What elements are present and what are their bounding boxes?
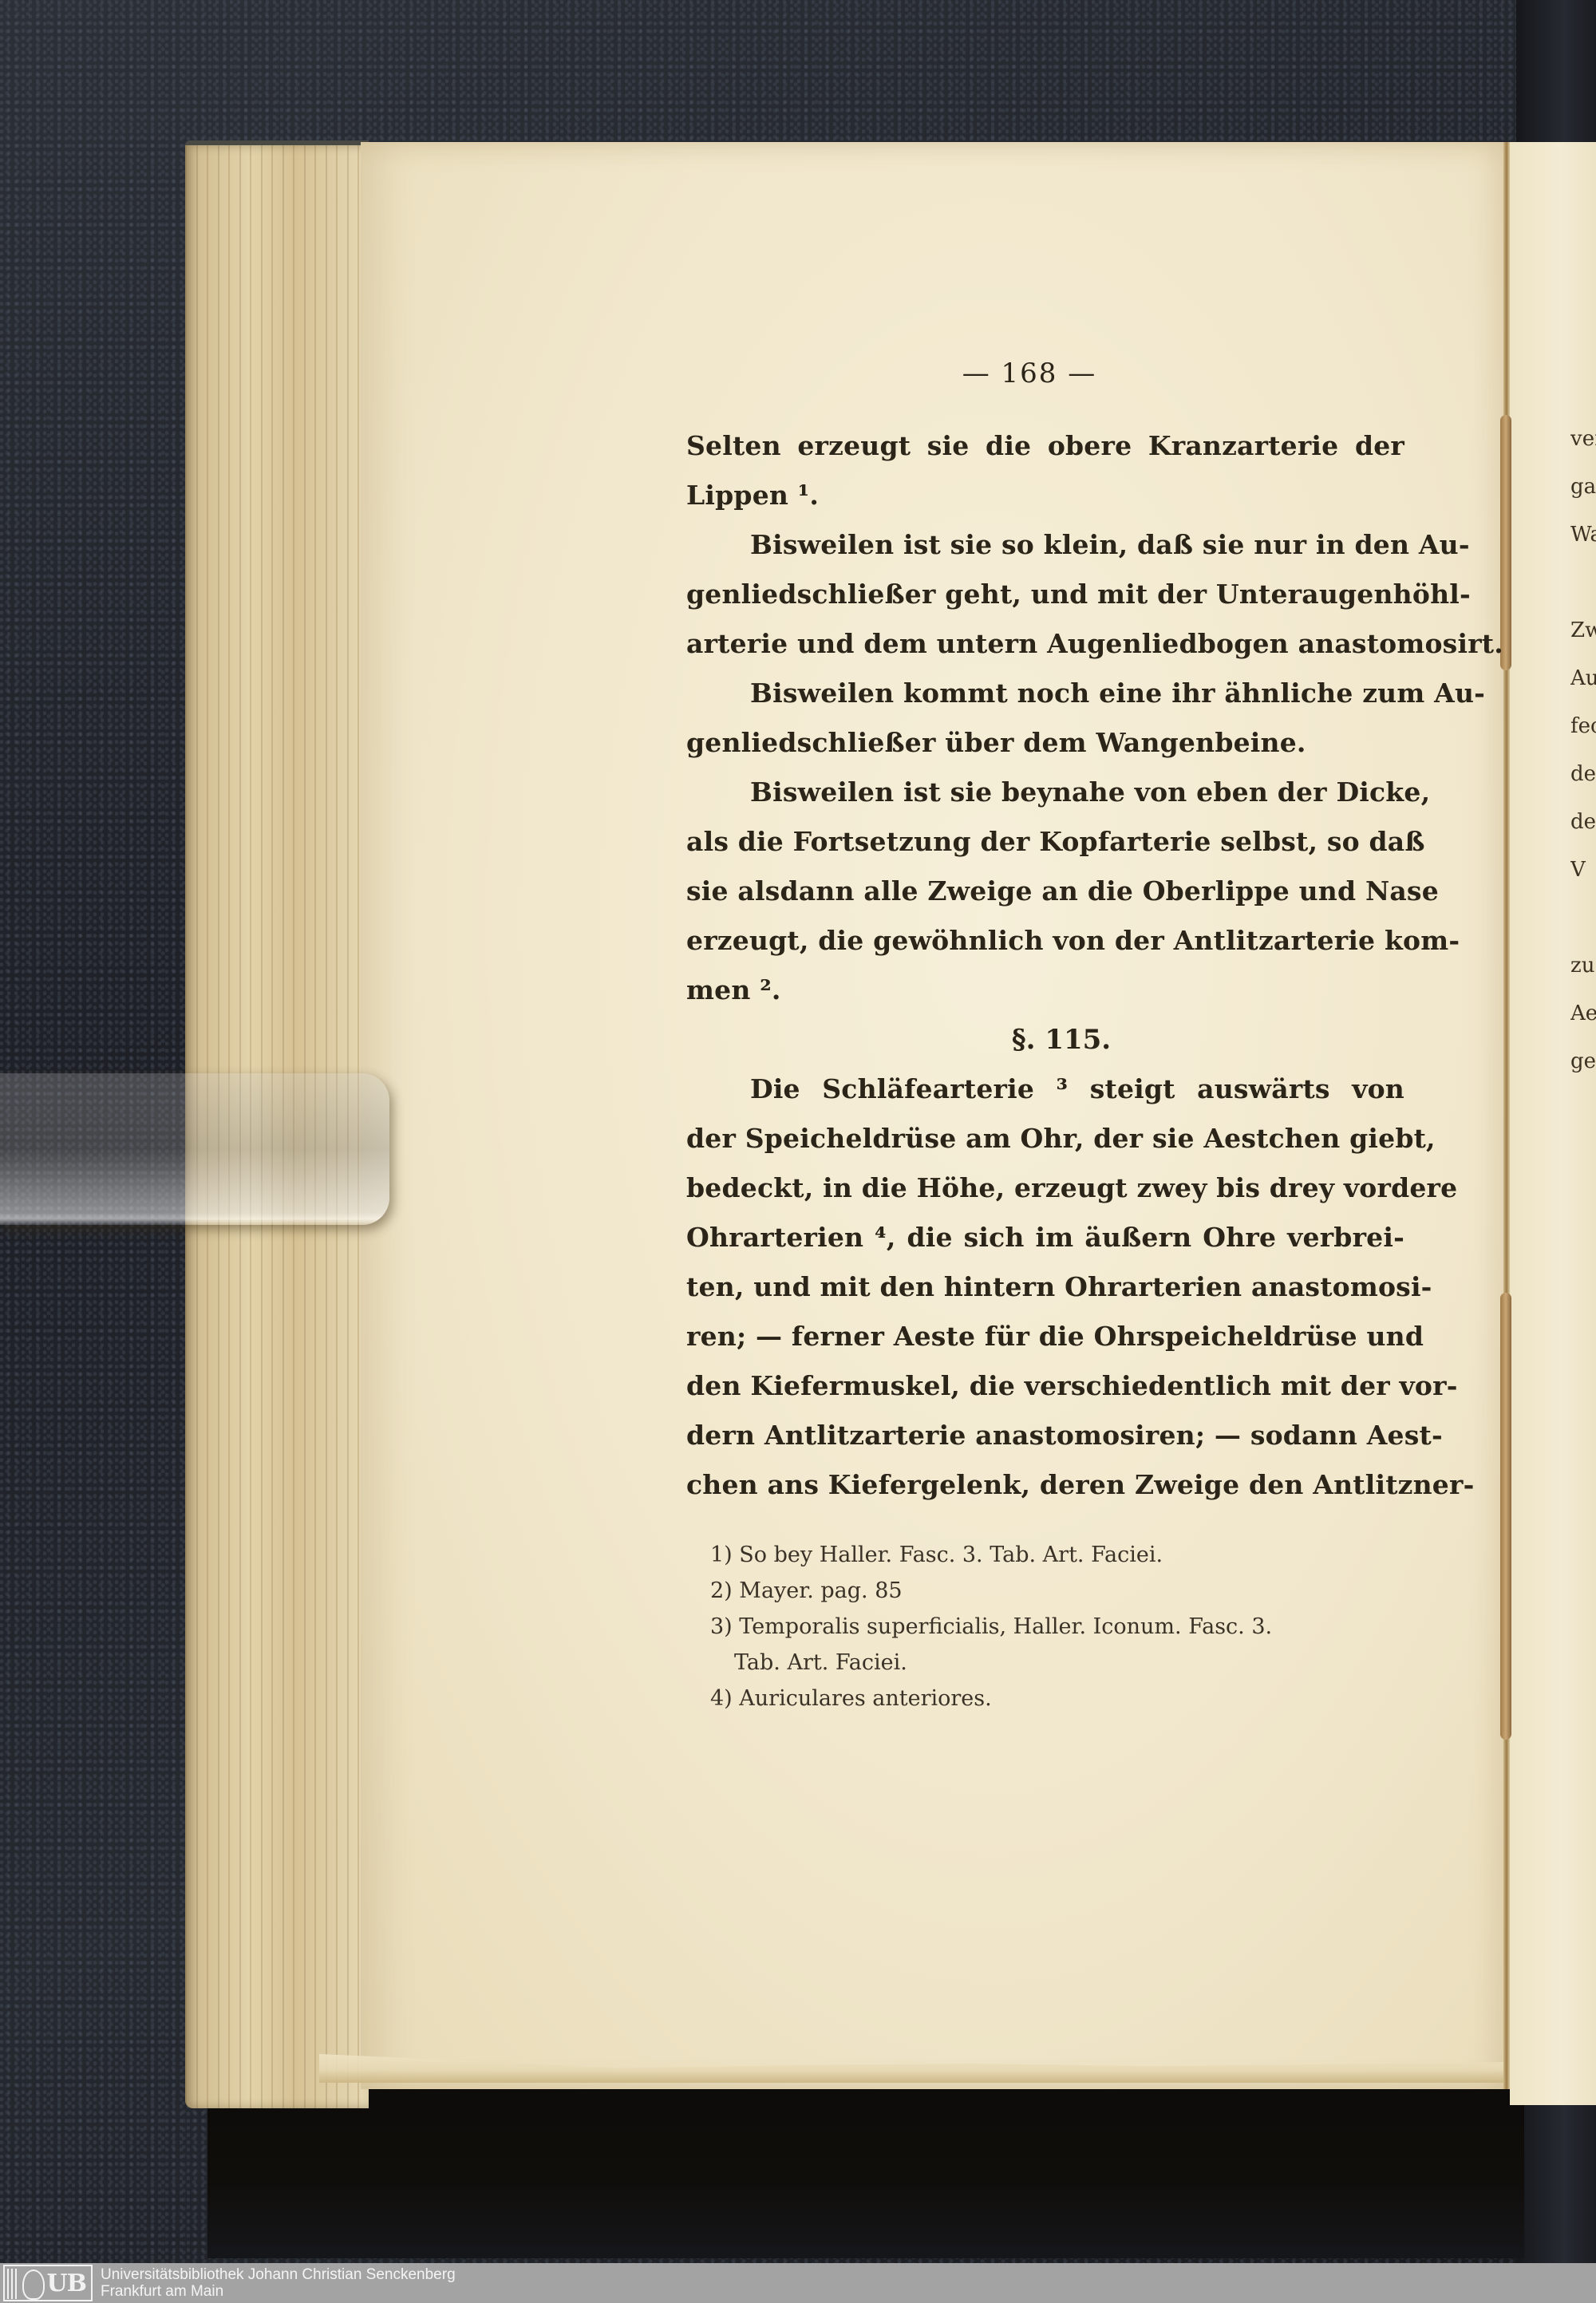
pillars-icon xyxy=(7,2269,18,2299)
facing-page-fragment: Ae xyxy=(1570,990,1596,1037)
facing-page-fragment: Wa xyxy=(1570,511,1596,559)
institution-line-1: Universitätsbibliothek Johann Christian … xyxy=(101,2266,456,2283)
text-line: bedeckt, in die Höhe, erzeugt zwey bis d… xyxy=(686,1163,1404,1213)
page-text-block: — 168 — Selten erzeugt sie die obere Kra… xyxy=(686,350,1404,1716)
page-number: — 168 — xyxy=(654,350,1404,421)
text-line: dern Antlitzarterie anastomosiren; — sod… xyxy=(686,1411,1404,1460)
binding-thread xyxy=(1500,1293,1511,1740)
text-line: Selten erzeugt sie die obere Kranzarteri… xyxy=(686,421,1404,471)
facing-page-fragment xyxy=(1570,559,1596,606)
text-line: Bisweilen kommt noch eine ihr ähnliche z… xyxy=(686,669,1404,718)
facing-page-fragment: ven xyxy=(1570,415,1596,463)
footnote-continuation: Tab. Art. Faciei. xyxy=(710,1645,1404,1681)
footnotes: 1) So bey Haller. Fasc. 3. Tab. Art. Fac… xyxy=(686,1537,1404,1716)
text-line: der Speicheldrüse am Ohr, der sie Aestch… xyxy=(686,1114,1404,1163)
text-line: men ². xyxy=(686,966,1404,1015)
facing-page-fragment: fec xyxy=(1570,702,1596,750)
footnote: 2) Mayer. pag. 85 xyxy=(710,1573,1404,1609)
ub-library-logo[interactable]: UB xyxy=(3,2265,93,2301)
facing-page-fragment: de xyxy=(1570,798,1596,846)
text-line: sie alsdann alle Zweige an die Oberlippe… xyxy=(686,867,1404,916)
text-line: den Kiefermuskel, die verschiedentlich m… xyxy=(686,1361,1404,1411)
page-holder-clip xyxy=(0,1073,389,1225)
section-heading: §. 115. xyxy=(718,1015,1404,1065)
institution-line-2: Frankfurt am Main xyxy=(101,2283,456,2300)
footnote: 3) Temporalis superficialis, Haller. Ico… xyxy=(710,1609,1404,1645)
text-line: arterie und dem untern Augenliedbogen an… xyxy=(686,619,1404,669)
facing-page-fragment: ge xyxy=(1570,1037,1596,1085)
facing-page-fragment: de xyxy=(1570,750,1596,798)
paragraph: Selten erzeugt sie die obere Kranzarteri… xyxy=(686,421,1404,520)
text-line: Bisweilen ist sie so klein, daß sie nur … xyxy=(686,520,1404,570)
facing-page-fragment: gan xyxy=(1570,463,1596,511)
logo-letters: UB xyxy=(46,2269,86,2297)
page-bottom-shadow xyxy=(207,2067,1524,2258)
text-line: ren; — ferner Aeste für die Ohrspeicheld… xyxy=(686,1312,1404,1361)
text-line: Die Schläfearterie ³ steigt auswärts von xyxy=(686,1065,1404,1114)
facing-page-fragment xyxy=(1570,894,1596,942)
text-line: als die Fortsetzung der Kopfarterie selb… xyxy=(686,817,1404,867)
facing-page-fragment: V xyxy=(1570,846,1596,894)
text-line: genliedschließer geht, und mit der Unter… xyxy=(686,570,1404,619)
facing-page-text: venganWaZwAufecdedeVzuAege xyxy=(1570,415,1596,1085)
institution-name: Universitätsbibliothek Johann Christian … xyxy=(101,2266,456,2300)
section-paragraph: Die Schläfearterie ³ steigt auswärts von… xyxy=(686,1065,1404,1510)
footnote: 4) Auriculares anteriores. xyxy=(710,1681,1404,1716)
text-line: erzeugt, die gewöhnlich von der Antlitza… xyxy=(686,916,1404,966)
text-line: Ohrarterien ⁴, die sich im äußern Ohre v… xyxy=(686,1213,1404,1262)
text-line: Lippen ¹. xyxy=(686,471,1404,520)
text-line: Bisweilen ist sie beynahe von eben der D… xyxy=(686,768,1404,817)
library-footer-banner: UB Universitätsbibliothek Johann Christi… xyxy=(0,2263,1596,2303)
facing-page-fragment: Zw xyxy=(1570,606,1596,654)
text-line: genliedschließer über dem Wangenbeine. xyxy=(686,718,1404,768)
portrait-icon xyxy=(22,2269,45,2300)
facing-page-fragment: zu xyxy=(1570,942,1596,990)
paragraph: Bisweilen ist sie so klein, daß sie nur … xyxy=(686,520,1404,669)
footnote: 1) So bey Haller. Fasc. 3. Tab. Art. Fac… xyxy=(710,1537,1404,1573)
text-line: chen ans Kiefergelenk, deren Zweige den … xyxy=(686,1460,1404,1510)
paragraph: Bisweilen kommt noch eine ihr ähnliche z… xyxy=(686,669,1404,768)
facing-page-fragment: Au xyxy=(1570,654,1596,702)
paragraph: Bisweilen ist sie beynahe von eben der D… xyxy=(686,768,1404,1015)
text-line: ten, und mit den hintern Ohrarterien ana… xyxy=(686,1262,1404,1312)
